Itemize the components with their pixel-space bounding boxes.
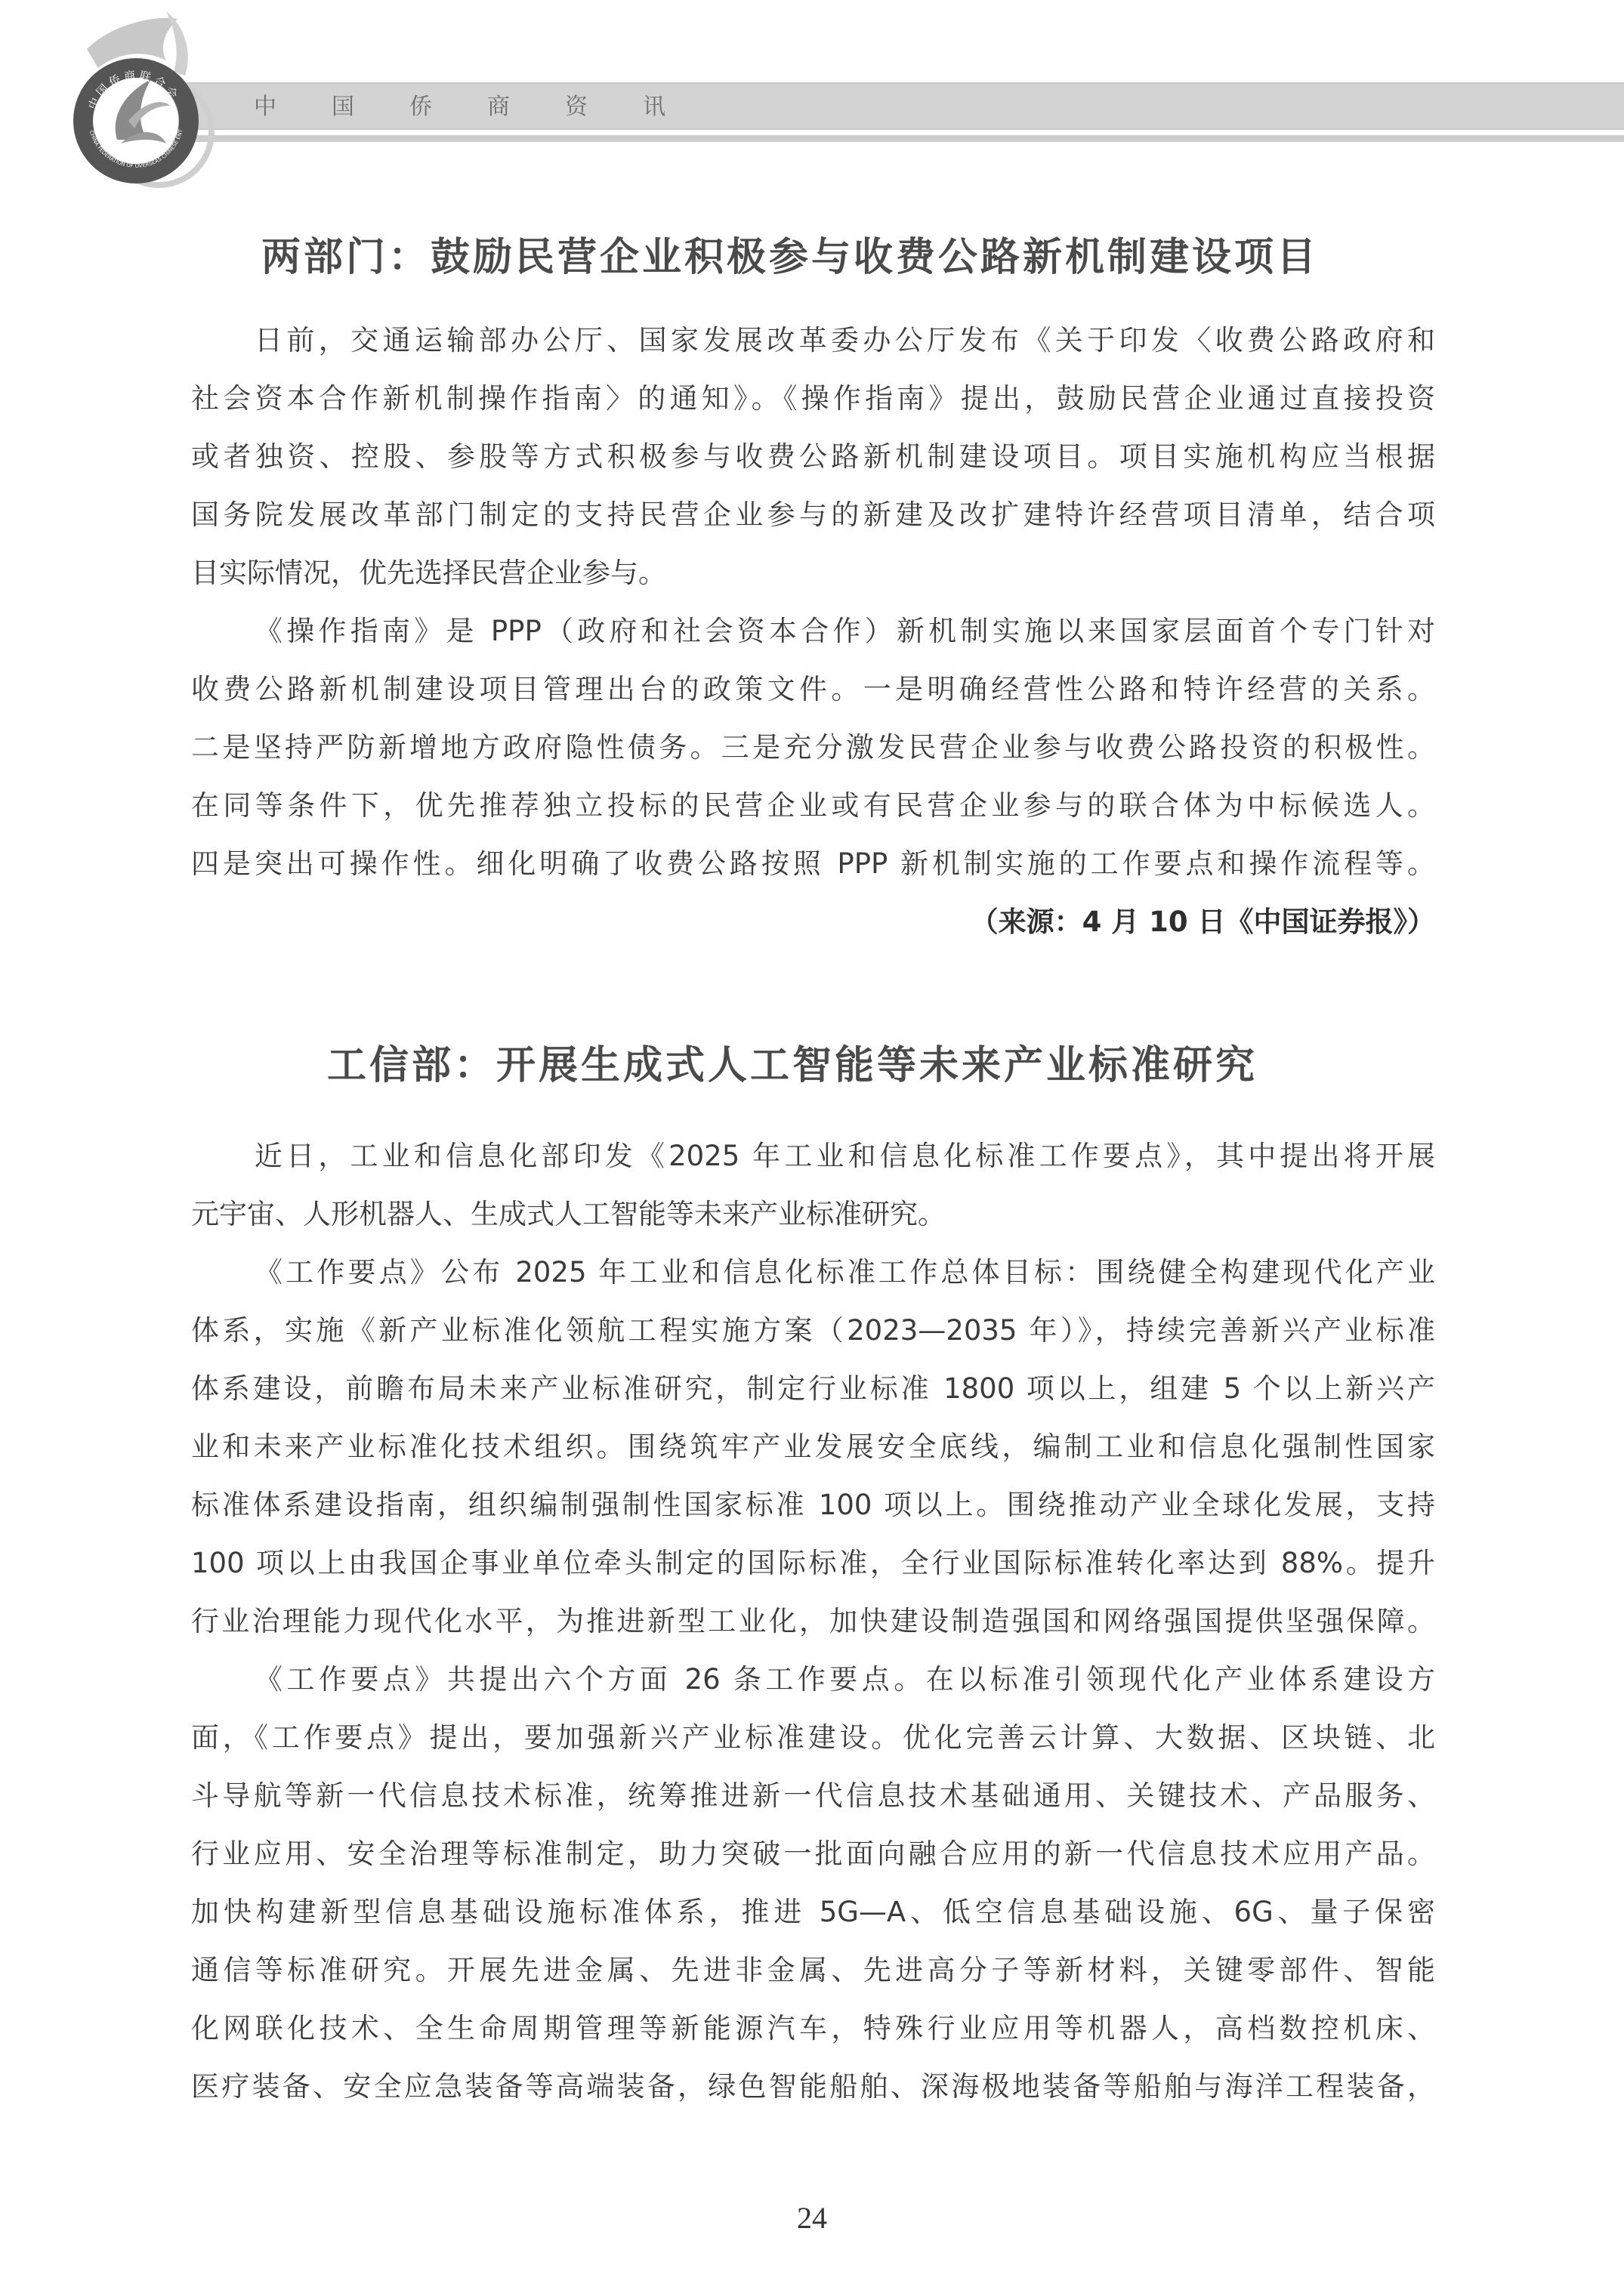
- body-line: 标准体系建设指南，组织编制强制性国家标准 100 项以上。围绕推动产业全球化发展…: [191, 1476, 1435, 1534]
- body-line: 行业治理能力现代化水平，为推进新型工业化，加快建设制造强国和网络强国提供坚强保障…: [191, 1592, 1435, 1650]
- header-rule: [155, 135, 1624, 142]
- publication-char: 侨: [409, 92, 487, 122]
- body-line: 体系建设，前瞻布局未来产业标准研究，制定行业标准 1800 项以上，组建 5 个…: [191, 1359, 1435, 1418]
- federation-logo-icon: 中国侨商联合会 CHINA FEDERATION OF OVERSEAS CHI…: [45, 8, 242, 204]
- body-line: 国务院发展改革部门制定的支持民营企业参与的新建及改扩建特许经营项目清单，结合项: [191, 486, 1435, 544]
- body-line: 收费公路新机制建设项目管理出台的政策文件。一是明确经营性公路和特许经营的关系。: [191, 660, 1435, 718]
- publication-char: 商: [487, 92, 565, 122]
- publication-char: 讯: [643, 92, 721, 122]
- body-line: 体系，实施《新产业标准化领航工程实施方案（2023—2035 年）》，持续完善新…: [191, 1301, 1435, 1359]
- body-line: 斗导航等新一代信息技术标准，统筹推进新一代信息技术基础通用、关键技术、产品服务、: [191, 1767, 1435, 1825]
- body-line: 《工作要点》公布 2025 年工业和信息化标准工作总体目标：围绕健全构建现代化产…: [255, 1243, 1435, 1301]
- body-line: 通信等标准研究。开展先进金属、先进非金属、先进高分子等新材料，关键零部件、智能: [191, 1941, 1435, 1999]
- article-title: 工信部：开展生成式人工智能等未来产业标准研究: [327, 1039, 1258, 1092]
- body-line: 日前，交通运输部办公厅、国家发展改革委办公厅发布《关于印发〈收费公路政府和: [255, 311, 1435, 369]
- publication-title: 中 国 侨 商 资 讯: [254, 92, 721, 122]
- body-line: 元宇宙、人形机器人、生成式人工智能等未来产业标准研究。: [191, 1185, 1435, 1243]
- body-line: 100 项以上由我国企事业单位牵头制定的国际标准，全行业国际标准转化率达到 88…: [191, 1534, 1435, 1592]
- body-line: 化网联化技术、全生命周期管理等新能源汽车，特殊行业应用等机器人，高档数控机床、: [191, 1999, 1435, 2057]
- body-line: 业和未来产业标准化技术组织。围绕筑牢产业发展安全底线，编制工业和信息化强制性国家: [191, 1418, 1435, 1476]
- body-line: 目实际情况，优先选择民营企业参与。: [191, 544, 1435, 602]
- body-line: 近日，工业和信息化部印发《2025 年工业和信息化标准工作要点》，其中提出将开展: [255, 1127, 1435, 1185]
- page-number: 24: [0, 2199, 1624, 2237]
- article-title: 两部门：鼓励民营企业积极参与收费公路新机制建设项目: [261, 231, 1319, 284]
- body-line: 社会资本合作新机制操作指南〉的通知》。《操作指南》提出，鼓励民营企业通过直接投资: [191, 369, 1435, 427]
- article-source: （来源：4 月 10 日《中国证券报》）: [971, 893, 1435, 951]
- body-line: 行业应用、安全治理等标准制定，助力突破一批面向融合应用的新一代信息技术应用产品。: [191, 1825, 1435, 1883]
- body-line: 四是突出可操作性。细化明确了收费公路按照 PPP 新机制实施的工作要点和操作流程…: [191, 835, 1435, 893]
- publication-char: 资: [565, 92, 643, 122]
- body-line: 《操作指南》是 PPP（政府和社会资本合作）新机制实施以来国家层面首个专门针对: [255, 602, 1435, 660]
- publication-char: 中: [254, 92, 332, 122]
- body-line: 医疗装备、安全应急装备等高端装备，绿色智能船舶、深海极地装备等船舶与海洋工程装备…: [191, 2057, 1435, 2116]
- body-line: 或者独资、控股、参股等方式积极参与收费公路新机制建设项目。项目实施机构应当根据: [191, 427, 1435, 486]
- publication-char: 国: [332, 92, 409, 122]
- body-line: 《工作要点》共提出六个方面 26 条工作要点。在以标准引领现代化产业体系建设方: [255, 1650, 1435, 1708]
- body-line: 二是坚持严防新增地方政府隐性债务。三是充分激发民营企业参与收费公路投资的积极性。: [191, 718, 1435, 776]
- body-line: 加快构建新型信息基础设施标准体系，推进 5G—A、低空信息基础设施、6G、量子保…: [191, 1883, 1435, 1941]
- body-line: 面，《工作要点》提出，要加强新兴产业标准建设。优化完善云计算、大数据、区块链、北: [191, 1708, 1435, 1767]
- body-line: 在同等条件下，优先推荐独立投标的民营企业或有民营企业参与的联合体为中标候选人。: [191, 776, 1435, 835]
